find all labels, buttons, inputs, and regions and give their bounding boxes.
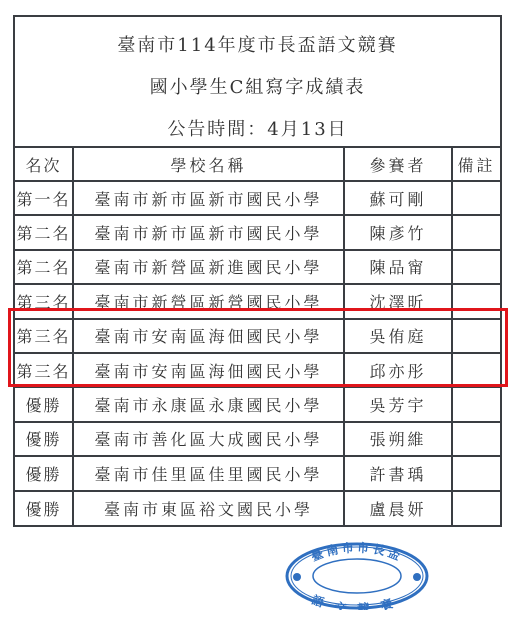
- table-row: 第一名 臺南市新市區新市國民小學 蘇可剛: [15, 181, 500, 215]
- rank-cell: 優勝: [15, 491, 73, 525]
- school-cell: 臺南市佳里區佳里國民小學: [73, 456, 344, 490]
- participant-cell: 邱亦彤: [344, 353, 452, 387]
- note-cell: [452, 422, 500, 456]
- table-header-row: 名次 學校名稱 參賽者 備註: [15, 148, 500, 181]
- table-row-highlighted: 第三名 臺南市安南區海佃國民小學 邱亦彤: [15, 353, 500, 387]
- participant-cell: 陳品甯: [344, 250, 452, 284]
- note-cell: [452, 456, 500, 490]
- table-row: 優勝 臺南市善化區大成國民小學 張朔維: [15, 422, 500, 456]
- results-document: 臺南市114年度市長盃語文競賽 國小學生C組寫字成績表 公告時間：4月13日 名…: [13, 15, 502, 527]
- school-cell: 臺南市新市區新市國民小學: [73, 215, 344, 249]
- header-rank: 名次: [15, 148, 73, 181]
- participant-cell: 陳彥竹: [344, 215, 452, 249]
- official-seal-stamp-icon: 臺南市市長盃 語文競賽: [283, 540, 431, 610]
- rank-cell: 第二名: [15, 215, 73, 249]
- note-cell: [452, 284, 500, 318]
- rank-cell: 第一名: [15, 181, 73, 215]
- school-cell: 臺南市善化區大成國民小學: [73, 422, 344, 456]
- participant-cell: 沈澤昕: [344, 284, 452, 318]
- table-row: 第三名 臺南市新營區新營國民小學 沈澤昕: [15, 284, 500, 318]
- rank-cell: 優勝: [15, 456, 73, 490]
- table-subtitle: 國小學生C組寫字成績表: [15, 73, 500, 99]
- note-cell: [452, 215, 500, 249]
- announcement-date: 公告時間：4月13日: [15, 115, 500, 141]
- participant-cell: 盧晨妍: [344, 491, 452, 525]
- participant-cell: 吳侑庭: [344, 319, 452, 353]
- table-row: 第二名 臺南市新市區新市國民小學 陳彥竹: [15, 215, 500, 249]
- note-cell: [452, 353, 500, 387]
- note-cell: [452, 250, 500, 284]
- school-cell: 臺南市新營區新營國民小學: [73, 284, 344, 318]
- header-notes: 備註: [452, 148, 500, 181]
- participant-cell: 張朔維: [344, 422, 452, 456]
- school-cell: 臺南市新營區新進國民小學: [73, 250, 344, 284]
- note-cell: [452, 387, 500, 421]
- rank-cell: 優勝: [15, 387, 73, 421]
- school-cell: 臺南市永康區永康國民小學: [73, 387, 344, 421]
- header-participant: 參賽者: [344, 148, 452, 181]
- participant-cell: 許書瑀: [344, 456, 452, 490]
- rank-cell: 第二名: [15, 250, 73, 284]
- table-row-highlighted: 第三名 臺南市安南區海佃國民小學 吳侑庭: [15, 319, 500, 353]
- note-cell: [452, 319, 500, 353]
- title-block: 臺南市114年度市長盃語文競賽 國小學生C組寫字成績表 公告時間：4月13日: [15, 17, 500, 148]
- results-table: 名次 學校名稱 參賽者 備註 第一名 臺南市新市區新市國民小學 蘇可剛 第二名 …: [15, 148, 500, 525]
- school-cell: 臺南市安南區海佃國民小學: [73, 319, 344, 353]
- table-row: 優勝 臺南市東區裕文國民小學 盧晨妍: [15, 491, 500, 525]
- note-cell: [452, 181, 500, 215]
- rank-cell: 第三名: [15, 353, 73, 387]
- school-cell: 臺南市安南區海佃國民小學: [73, 353, 344, 387]
- participant-cell: 蘇可剛: [344, 181, 452, 215]
- rank-cell: 第三名: [15, 284, 73, 318]
- table-row: 優勝 臺南市佳里區佳里國民小學 許書瑀: [15, 456, 500, 490]
- participant-cell: 吳芳宇: [344, 387, 452, 421]
- table-row: 優勝 臺南市永康區永康國民小學 吳芳宇: [15, 387, 500, 421]
- school-cell: 臺南市東區裕文國民小學: [73, 491, 344, 525]
- rank-cell: 優勝: [15, 422, 73, 456]
- table-row: 第二名 臺南市新營區新進國民小學 陳品甯: [15, 250, 500, 284]
- school-cell: 臺南市新市區新市國民小學: [73, 181, 344, 215]
- note-cell: [452, 491, 500, 525]
- competition-title: 臺南市114年度市長盃語文競賽: [15, 31, 500, 57]
- rank-cell: 第三名: [15, 319, 73, 353]
- header-school: 學校名稱: [73, 148, 344, 181]
